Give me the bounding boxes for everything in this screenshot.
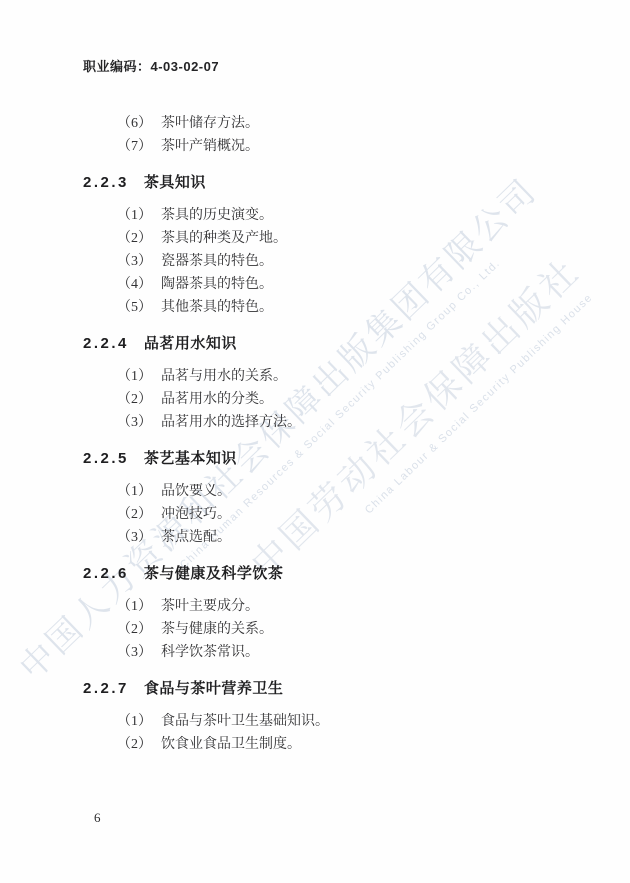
item-text: 茶叶产销概况。 <box>161 139 259 154</box>
section-title: 食品与茶叶营养卫生 <box>144 680 284 697</box>
item-text: 品茗用水的分类。 <box>161 392 273 407</box>
content: （6）茶叶储存方法。 （7）茶叶产销概况。 2.2.3茶具知识 （1）茶具的历史… <box>83 112 563 756</box>
document-page: 中国人力资源和社会保障出版集团有限公司 China Human Resource… <box>0 0 630 883</box>
section-number: 2.2.5 <box>83 450 129 467</box>
section-title: 品茗用水知识 <box>144 335 237 352</box>
item-text: 茶叶储存方法。 <box>161 116 259 131</box>
item-text: 食品与茶叶卫生基础知识。 <box>161 714 329 729</box>
item-number: （7） <box>117 139 152 154</box>
list-item: （1）品茗与用水的关系。 <box>83 365 563 388</box>
item-text: 茶具的历史演变。 <box>161 208 273 223</box>
item-number: （3） <box>117 254 152 269</box>
section-title: 茶具知识 <box>144 174 206 191</box>
item-number: （1） <box>117 599 152 614</box>
page-header: 职业编码：4-03-02-07 <box>83 56 219 75</box>
page-number: 6 <box>94 810 101 826</box>
list-item: （2）品茗用水的分类。 <box>83 388 563 411</box>
section-number: 2.2.7 <box>83 680 129 697</box>
list-item: （2）茶具的种类及产地。 <box>83 227 563 250</box>
item-number: （3） <box>117 530 152 545</box>
item-number: （2） <box>117 737 152 752</box>
item-text: 其他茶具的特色。 <box>161 300 273 315</box>
list-item: （2）茶与健康的关系。 <box>83 618 563 641</box>
list-item: （7）茶叶产销概况。 <box>83 135 563 158</box>
section-title: 茶与健康及科学饮茶 <box>144 565 284 582</box>
list-item: （6）茶叶储存方法。 <box>83 112 563 135</box>
list-item: （1）食品与茶叶卫生基础知识。 <box>83 710 563 733</box>
list-item: （2）饮食业食品卫生制度。 <box>83 733 563 756</box>
list-item: （3）瓷器茶具的特色。 <box>83 250 563 273</box>
list-item: （2）冲泡技巧。 <box>83 503 563 526</box>
section-title: 茶艺基本知识 <box>144 450 237 467</box>
list-item: （1）茶具的历史演变。 <box>83 204 563 227</box>
item-text: 茶与健康的关系。 <box>161 622 273 637</box>
item-number: （1） <box>117 484 152 499</box>
item-text: 瓷器茶具的特色。 <box>161 254 273 269</box>
list-item: （3）茶点选配。 <box>83 526 563 549</box>
item-number: （3） <box>117 645 152 660</box>
list-item: （4）陶器茶具的特色。 <box>83 273 563 296</box>
section-heading: 2.2.6茶与健康及科学饮茶 <box>83 562 563 586</box>
item-text: 茶具的种类及产地。 <box>161 231 287 246</box>
item-number: （2） <box>117 622 152 637</box>
occupation-code: 职业编码：4-03-02-07 <box>83 59 219 74</box>
item-number: （2） <box>117 231 152 246</box>
list-item: （3）科学饮茶常识。 <box>83 641 563 664</box>
item-number: （6） <box>117 116 152 131</box>
section-heading: 2.2.7食品与茶叶营养卫生 <box>83 677 563 701</box>
item-text: 陶器茶具的特色。 <box>161 277 273 292</box>
item-number: （1） <box>117 369 152 384</box>
item-text: 品饮要义。 <box>161 484 231 499</box>
item-text: 茶点选配。 <box>161 530 231 545</box>
item-text: 茶叶主要成分。 <box>161 599 259 614</box>
section-heading: 2.2.3茶具知识 <box>83 171 563 195</box>
list-item: （5）其他茶具的特色。 <box>83 296 563 319</box>
section-heading: 2.2.4品茗用水知识 <box>83 332 563 356</box>
section-heading: 2.2.5茶艺基本知识 <box>83 447 563 471</box>
item-number: （1） <box>117 208 152 223</box>
item-number: （2） <box>117 507 152 522</box>
item-number: （3） <box>117 415 152 430</box>
item-number: （5） <box>117 300 152 315</box>
item-text: 品茗用水的选择方法。 <box>161 415 301 430</box>
list-item: （1）茶叶主要成分。 <box>83 595 563 618</box>
item-number: （4） <box>117 277 152 292</box>
item-number: （2） <box>117 392 152 407</box>
item-text: 品茗与用水的关系。 <box>161 369 287 384</box>
item-number: （1） <box>117 714 152 729</box>
item-text: 冲泡技巧。 <box>161 507 231 522</box>
list-item: （1）品饮要义。 <box>83 480 563 503</box>
item-text: 饮食业食品卫生制度。 <box>161 737 301 752</box>
section-number: 2.2.6 <box>83 565 129 582</box>
list-item: （3）品茗用水的选择方法。 <box>83 411 563 434</box>
section-number: 2.2.3 <box>83 174 129 191</box>
section-number: 2.2.4 <box>83 335 129 352</box>
item-text: 科学饮茶常识。 <box>161 645 259 660</box>
